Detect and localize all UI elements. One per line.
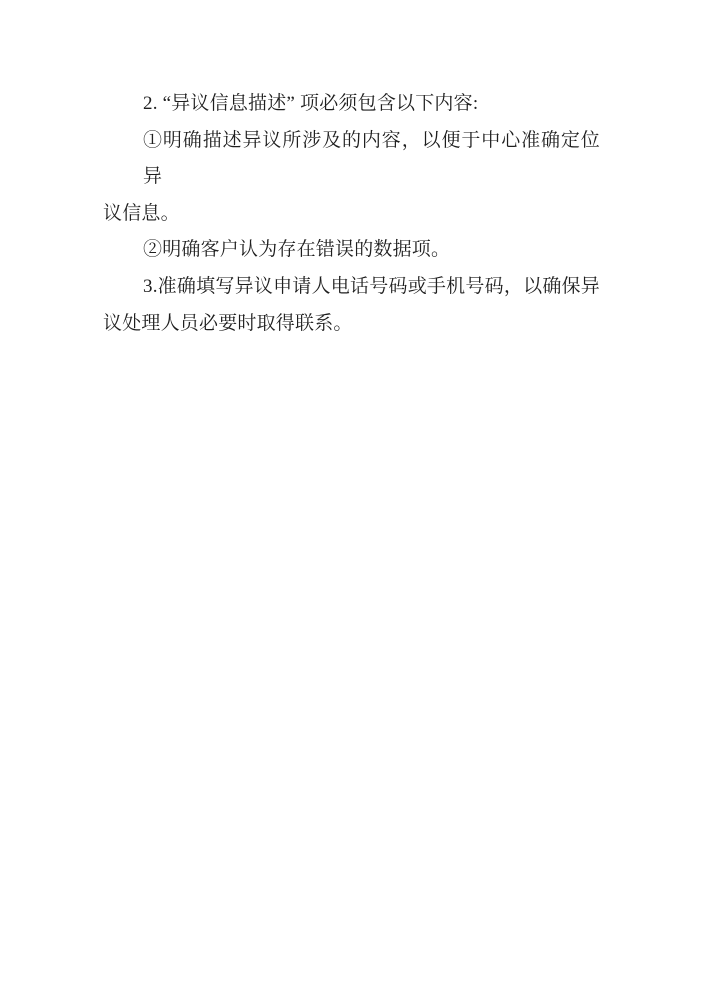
paragraph-3-line-2: 议处理人员必要时取得联系。 <box>103 306 600 343</box>
text-block: 2. “异议信息描述” 项必须包含以下内容: ①明确描述异议所涉及的内容，以便于… <box>103 86 600 342</box>
paragraph-item-2-line: ②明确客户认为存在错误的数据项。 <box>103 232 600 269</box>
paragraph-3-line-1: 3.准确填写异议申请人电话号码或手机号码，以确保异 <box>103 269 600 306</box>
paragraph-item-1-line-1: ①明确描述异议所涉及的内容，以便于中心准确定位异 <box>103 123 600 196</box>
paragraph-item-1-line-2: 议信息。 <box>103 196 600 233</box>
document-page: 2. “异议信息描述” 项必须包含以下内容: ①明确描述异议所涉及的内容，以便于… <box>0 0 707 1000</box>
paragraph-2-heading-line: 2. “异议信息描述” 项必须包含以下内容: <box>103 86 600 123</box>
